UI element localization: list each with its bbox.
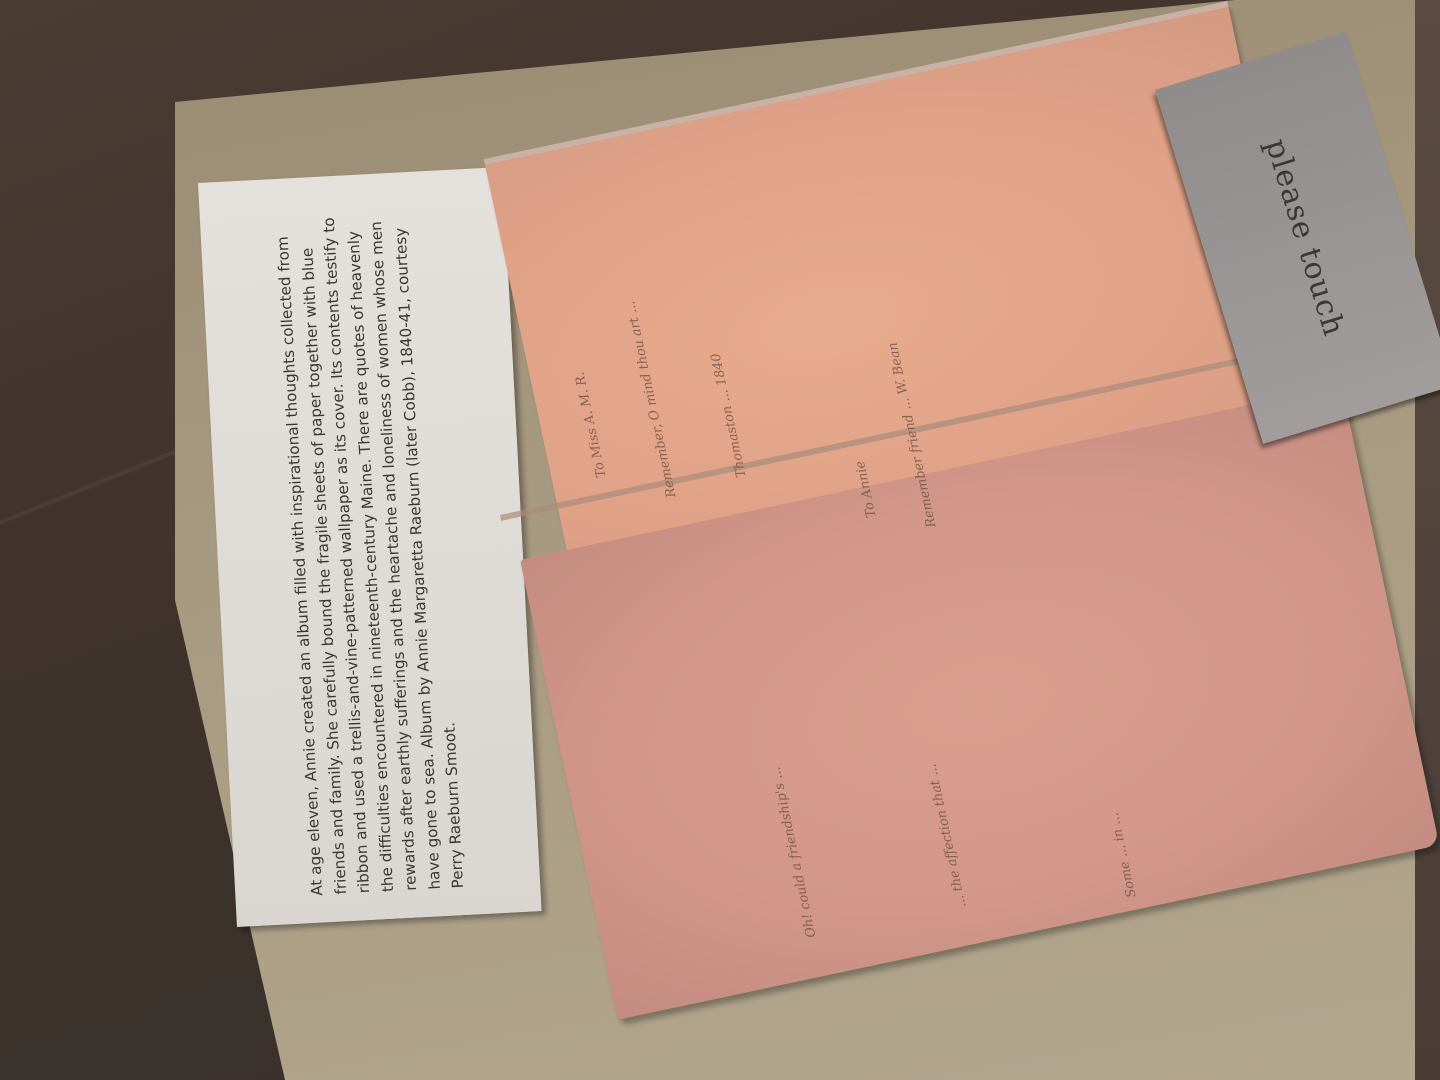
label-text: At age eleven, Annie created an album fi… <box>270 198 470 896</box>
sign-text: please touch <box>1258 135 1351 341</box>
